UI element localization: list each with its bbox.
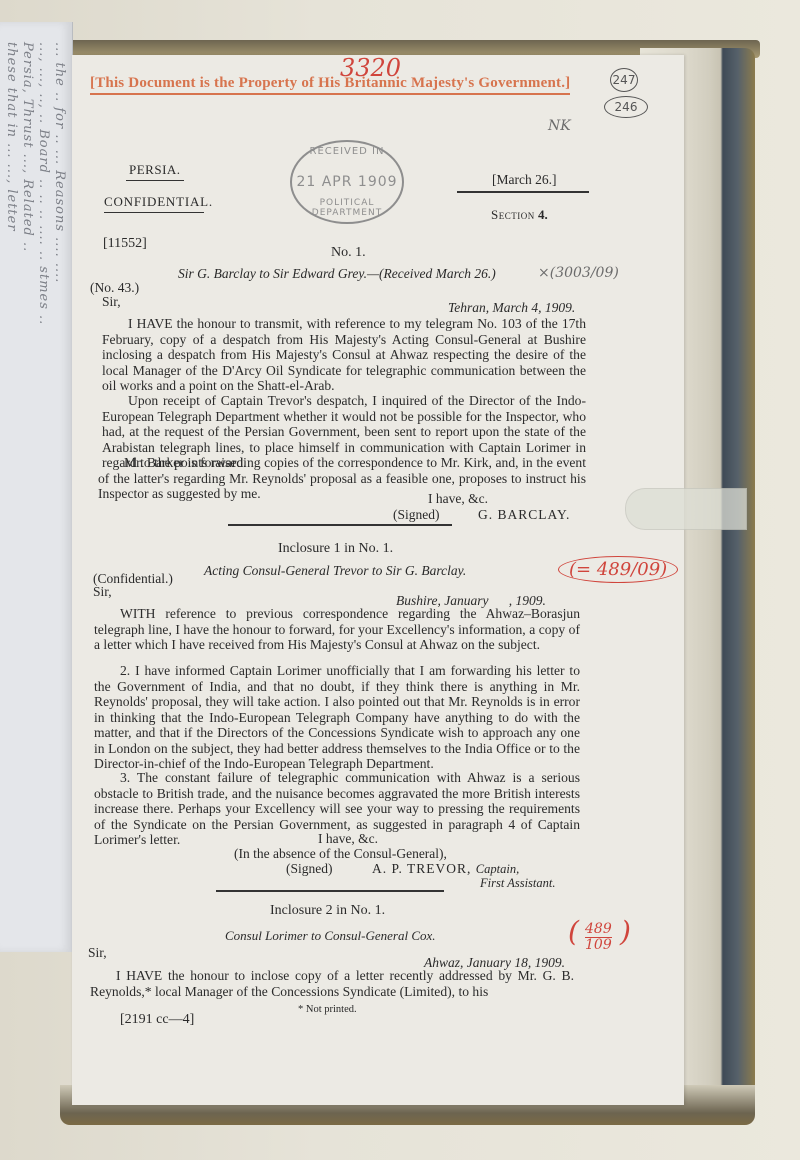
dispatch-paragraph-3: Mr. Barker is forwarding copies of the c… [98, 455, 586, 502]
folio-number-circle-struck: 246 [604, 96, 648, 118]
inclosure-1-paragraph-1: WITH reference to previous correspondenc… [94, 606, 580, 653]
handwritten-file-number: 3320 [340, 54, 401, 82]
received-stamp: RECEIVED IN 21 APR 1909 POLITICAL DEPART… [290, 140, 404, 224]
inclosure-1-title: Acting Consul-General Trevor to Sir G. B… [204, 563, 466, 578]
place-date: Tehran, March 4, 1909. [448, 300, 575, 315]
dispatch-title: Sir G. Barclay to Sir Edward Grey.—(Rece… [178, 266, 496, 281]
left-page-handwriting-line: ... the .. for .. ... Reasons .... .... [52, 42, 67, 283]
closing: I have, &c. [318, 831, 378, 846]
signed-label: (Signed) [393, 507, 440, 522]
left-page-handwriting-line: these that in ... ..., letter [4, 42, 19, 232]
handwritten-bracket-close: ) [620, 918, 631, 946]
absence-note: (In the absence of the Consul-General), [234, 846, 447, 861]
inclosure-1-heading: Inclosure 1 in No. 1. [278, 541, 393, 556]
stamp-text-bottom: POLITICAL DEPARTMENT [292, 198, 402, 218]
handwritten-fraction: 489 109 [585, 922, 612, 953]
section-divider [216, 890, 444, 892]
stamp-text-top: RECEIVED IN [292, 146, 402, 157]
dispatch-number: No. 1. [331, 245, 366, 260]
print-reference: [2191 cc—4] [120, 1012, 194, 1027]
stamp-date: 21 APR 1909 [292, 174, 402, 190]
classification-heading: CONFIDENTIAL. [104, 194, 213, 209]
signatory-rank: Captain, [476, 862, 519, 876]
dispatch-paragraph-1: I HAVE the honour to transmit, with refe… [102, 316, 586, 394]
handwritten-annotation: ×(3003/09) [538, 265, 619, 281]
section-divider [228, 524, 452, 526]
left-page-handwriting-line: Persia, Thrust ..., Related .. [20, 42, 35, 252]
left-page-handwriting-line: ..., ..., .., .. Board .. .. .. .... .. … [36, 42, 51, 325]
handwritten-bracket-open: ( [568, 918, 579, 946]
handwritten-annotation-circled: (= 489/09) [558, 556, 678, 583]
page-marker-tab [625, 488, 747, 530]
section-label: Section 4. [491, 207, 548, 222]
salutation: Sir, [102, 294, 121, 309]
signatory: G. BARCLAY. [478, 507, 570, 522]
handwritten-initials: NK [548, 118, 571, 134]
inclosure-1-paragraph-2: 2. I have informed Captain Lorimer unoff… [94, 663, 580, 772]
divider [104, 212, 204, 213]
document-date: [March 26.] [492, 172, 556, 187]
fraction-numerator: 489 [585, 922, 612, 938]
inclosure-2-heading: Inclosure 2 in No. 1. [270, 903, 385, 918]
footnote: * Not printed. [298, 1002, 357, 1017]
salutation: Sir, [88, 945, 107, 960]
folio-number-circle: 247 [610, 68, 638, 92]
signed-label: (Signed) [286, 861, 333, 876]
salutation: Sir, [93, 584, 112, 599]
divider [126, 180, 184, 181]
signatory: A. P. TREVOR, [372, 861, 471, 876]
left-facing-page: ... the .. for .. ... Reasons .... .... … [0, 22, 73, 952]
divider [457, 191, 589, 193]
dispatch-ref: (No. 43.) [90, 280, 139, 295]
inclosure-2-paragraph: I HAVE the honour to inclose copy of a l… [90, 968, 574, 999]
signatory-position: First Assistant. [480, 876, 555, 891]
country-heading: PERSIA. [129, 162, 181, 177]
reference-number: [11552] [103, 236, 147, 251]
section-number: 4. [538, 207, 548, 222]
property-banner: [This Document is the Property of His Br… [90, 75, 570, 95]
closing: I have, &c. [428, 491, 488, 506]
inclosure-2-title: Consul Lorimer to Consul-General Cox. [225, 928, 436, 943]
section-word: Section [491, 207, 535, 222]
fraction-denominator: 109 [585, 938, 612, 953]
